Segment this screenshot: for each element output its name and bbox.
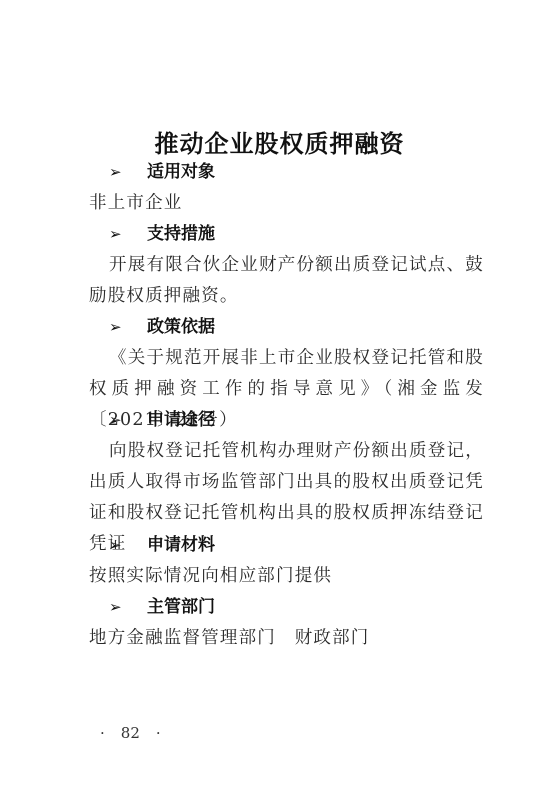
page-number-dot: · [100,724,105,742]
page-number: ·82· [92,724,169,742]
heading-text: 适用对象 [147,162,215,182]
section-body: 按照实际情况向相应部门提供 [89,561,484,592]
heading-text: 申请途径 [147,410,215,430]
heading-text: 政策依据 [147,317,215,337]
section-competent-department: ➢主管部门 地方金融监督管理部门 财政部门 [89,592,484,654]
section-heading: ➢适用对象 [89,157,484,188]
page-number-value: 82 [121,724,140,742]
section-application-materials: ➢申请材料 按照实际情况向相应部门提供 [89,530,484,592]
section-heading: ➢主管部门 [89,592,484,623]
section-body: 开展有限合伙企业财产份额出质登记试点、鼓励股权质押融资。 [89,250,484,312]
heading-text: 申请材料 [147,535,215,555]
page-number-dot: · [156,724,161,742]
document-page: 推动企业股权质押融资 ➢适用对象 非上市企业 ➢支持措施 开展有限合伙企业财产份… [0,0,559,793]
arrow-bullet-icon: ➢ [109,219,147,250]
section-heading: ➢政策依据 [89,312,484,343]
arrow-bullet-icon: ➢ [109,157,147,188]
section-body: 非上市企业 [89,188,484,219]
section-support-measures: ➢支持措施 开展有限合伙企业财产份额出质登记试点、鼓励股权质押融资。 [89,219,484,312]
arrow-bullet-icon: ➢ [109,405,147,436]
section-applicable-target: ➢适用对象 非上市企业 [89,157,484,219]
section-heading: ➢申请途径 [89,405,484,436]
section-heading: ➢申请材料 [89,530,484,561]
arrow-bullet-icon: ➢ [109,592,147,623]
page-title: 推动企业股权质押融资 [0,124,559,159]
heading-text: 支持措施 [147,224,215,244]
arrow-bullet-icon: ➢ [109,312,147,343]
section-heading: ➢支持措施 [89,219,484,250]
heading-text: 主管部门 [147,597,215,617]
arrow-bullet-icon: ➢ [109,530,147,561]
section-body: 地方金融监督管理部门 财政部门 [89,623,484,654]
